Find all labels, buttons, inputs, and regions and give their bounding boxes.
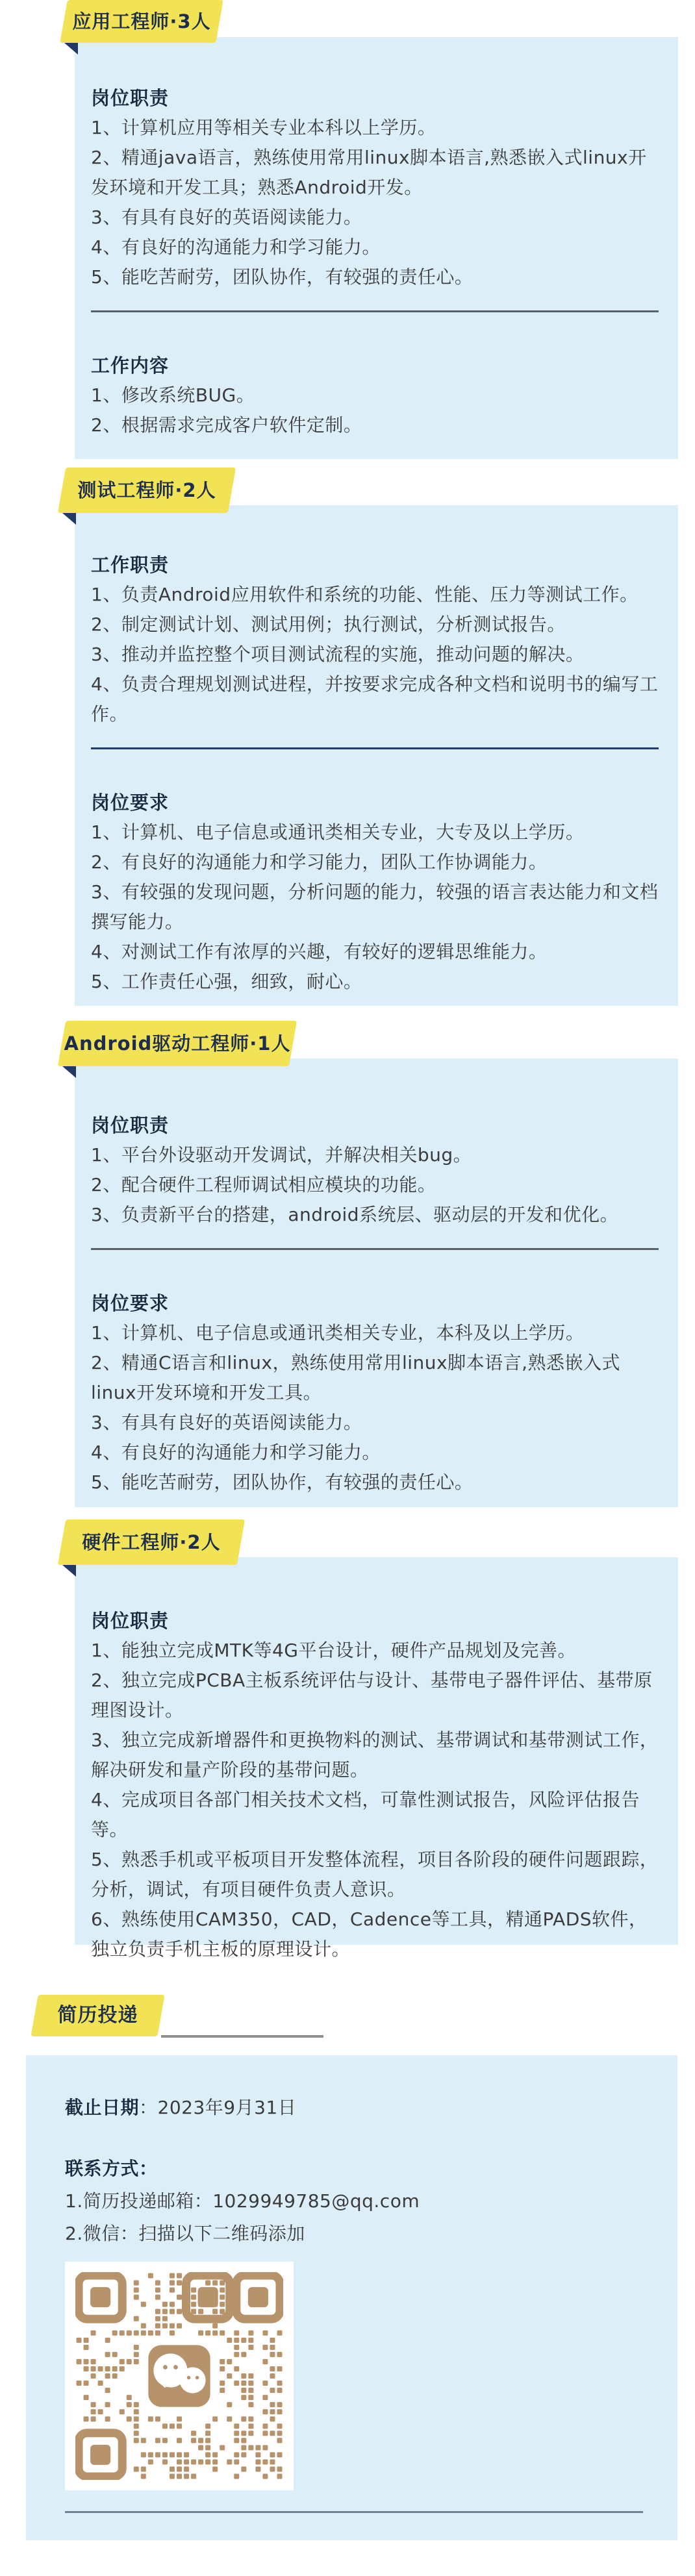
- wechat-qr-code: [65, 2262, 294, 2490]
- job-title-badge: 测试工程师·2人: [62, 468, 232, 513]
- job-item: 3、独立完成新增器件和更换物料的测试、基带调试和基带测试工作，解决研发和量产阶段…: [91, 1725, 659, 1785]
- job-item: 2、独立完成PCBA主板系统评估与设计、基带电子器件评估、基带原理图设计。: [91, 1666, 659, 1725]
- job-item: 3、有具有良好的英语阅读能力。: [91, 1408, 659, 1438]
- block-heading: 岗位要求: [91, 1288, 659, 1318]
- job-item: 2、根据需求完成客户软件定制。: [91, 410, 659, 440]
- section-divider: [91, 310, 659, 312]
- block-heading: 岗位职责: [91, 1606, 659, 1636]
- job-item: 5、熟悉手机或平板项目开发整体流程，项目各阶段的硬件问题跟踪，分析，调试，有项目…: [91, 1845, 659, 1905]
- job-title-label: 应用工程师·3人: [64, 0, 220, 43]
- job-item: 2、配合硬件工程师调试相应模块的功能。: [91, 1170, 659, 1200]
- job-item: 4、完成项目各部门相关技术文档，可靠性测试报告，风险评估报告等。: [91, 1785, 659, 1845]
- qr-code-svg: [75, 2272, 283, 2480]
- job-title-label: 测试工程师·2人: [62, 468, 232, 513]
- job-title-label: Android驱动工程师·1人: [62, 1021, 293, 1066]
- job-item: 1、负责Android应用软件和系统的功能、性能、压力等测试工作。: [91, 580, 659, 610]
- job-item: 1、平台外设驱动开发调试，并解决相关bug。: [91, 1140, 659, 1170]
- job-item: 4、负责合理规划测试进程，并按要求完成各种文档和说明书的编写工作。: [91, 669, 659, 729]
- job-item: 1、计算机应用等相关专业本科以上学历。: [91, 113, 659, 143]
- job-item: 5、能吃苦耐劳，团队协作，有较强的责任心。: [91, 1468, 659, 1497]
- job-detail-panel: 工作职责1、负责Android应用软件和系统的功能、性能、压力等测试工作。2、制…: [75, 505, 678, 1006]
- contact-panel: 截止日期：2023年9月31日 联系方式： 1.简历投递邮箱：102994978…: [26, 2055, 677, 2540]
- block-heading: 工作职责: [91, 550, 659, 580]
- block-heading: 岗位职责: [91, 83, 659, 113]
- job-item: 2、有良好的沟通能力和学习能力，团队工作协调能力。: [91, 847, 659, 877]
- job-item: 4、有良好的沟通能力和学习能力。: [91, 232, 659, 262]
- job-item: 2、制定测试计划、测试用例；执行测试，分析测试报告。: [91, 610, 659, 640]
- contact-item-email: 1.简历投递邮箱：1029949785@qq.com: [65, 2186, 651, 2216]
- block-heading: 工作内容: [91, 351, 659, 381]
- job-item: 3、负责新平台的搭建，android系统层、驱动层的开发和优化。: [91, 1200, 659, 1230]
- job-item: 1、能独立完成MTK等4G平台设计，硬件产品规划及完善。: [91, 1636, 659, 1666]
- job-detail-panel: 岗位职责1、计算机应用等相关专业本科以上学历。2、精通java语言，熟练使用常用…: [75, 37, 678, 459]
- job-title-badge: Android驱动工程师·1人: [62, 1021, 293, 1066]
- job-detail-panel: 岗位职责1、能独立完成MTK等4G平台设计，硬件产品规划及完善。2、独立完成PC…: [75, 1557, 678, 1945]
- block-heading: 岗位要求: [91, 788, 659, 818]
- job-item: 3、推动并监控整个项目测试流程的实施，推动问题的解决。: [91, 640, 659, 669]
- resume-section-badge: 简历投递: [34, 1995, 161, 2036]
- job-title-label: 硬件工程师·2人: [62, 1519, 241, 1565]
- block-heading: 岗位职责: [91, 1110, 659, 1140]
- contact-label: 联系方式：: [65, 2154, 651, 2184]
- contact-item-wechat: 2.微信：扫描以下二维码添加: [65, 2219, 651, 2249]
- resume-badge-label: 简历投递: [34, 1995, 161, 2036]
- deadline-label: 截止日期: [65, 2097, 139, 2118]
- job-detail-panel: 岗位职责1、平台外设驱动开发调试，并解决相关bug。2、配合硬件工程师调试相应模…: [75, 1058, 678, 1507]
- job-item: 5、工作责任心强，细致，耐心。: [91, 967, 659, 997]
- fold-triangle-icon: [62, 513, 76, 525]
- job-title-badge: 应用工程师·3人: [64, 0, 220, 43]
- bottom-divider: [65, 2511, 643, 2513]
- job-item: 2、精通C语言和linux，熟练使用常用linux脚本语言,熟悉嵌入式linux…: [91, 1348, 659, 1408]
- job-item: 5、能吃苦耐劳，团队协作，有较强的责任心。: [91, 262, 659, 292]
- underline-decoration: [161, 2035, 323, 2038]
- job-item: 4、有良好的沟通能力和学习能力。: [91, 1438, 659, 1468]
- job-title-badge: 硬件工程师·2人: [62, 1519, 241, 1565]
- fold-triangle-icon: [62, 1565, 76, 1577]
- job-item: 1、修改系统BUG。: [91, 381, 659, 410]
- job-item: 1、计算机、电子信息或通讯类相关专业，本科及以上学历。: [91, 1318, 659, 1348]
- deadline-line: 截止日期：2023年9月31日: [65, 2093, 651, 2123]
- recruitment-poster: 应用工程师·3人岗位职责1、计算机应用等相关专业本科以上学历。2、精通java语…: [0, 0, 695, 2576]
- job-item: 1、计算机、电子信息或通讯类相关专业，大专及以上学历。: [91, 818, 659, 847]
- job-item: 3、有较强的发现问题，分析问题的能力，较强的语言表达能力和文档撰写能力。: [91, 877, 659, 937]
- job-item: 2、精通java语言，熟练使用常用linux脚本语言,熟悉嵌入式linux开发环…: [91, 143, 659, 203]
- fold-triangle-icon: [62, 1066, 76, 1078]
- job-item: 4、对测试工作有浓厚的兴趣，有较好的逻辑思维能力。: [91, 937, 659, 967]
- job-item: 6、熟练使用CAM350，CAD，Cadence等工具，精通PADS软件，独立负…: [91, 1905, 659, 1964]
- job-item: 3、有具有良好的英语阅读能力。: [91, 203, 659, 232]
- section-divider: [91, 747, 659, 749]
- section-divider: [91, 1248, 659, 1250]
- deadline-value: ：2023年9月31日: [139, 2097, 296, 2118]
